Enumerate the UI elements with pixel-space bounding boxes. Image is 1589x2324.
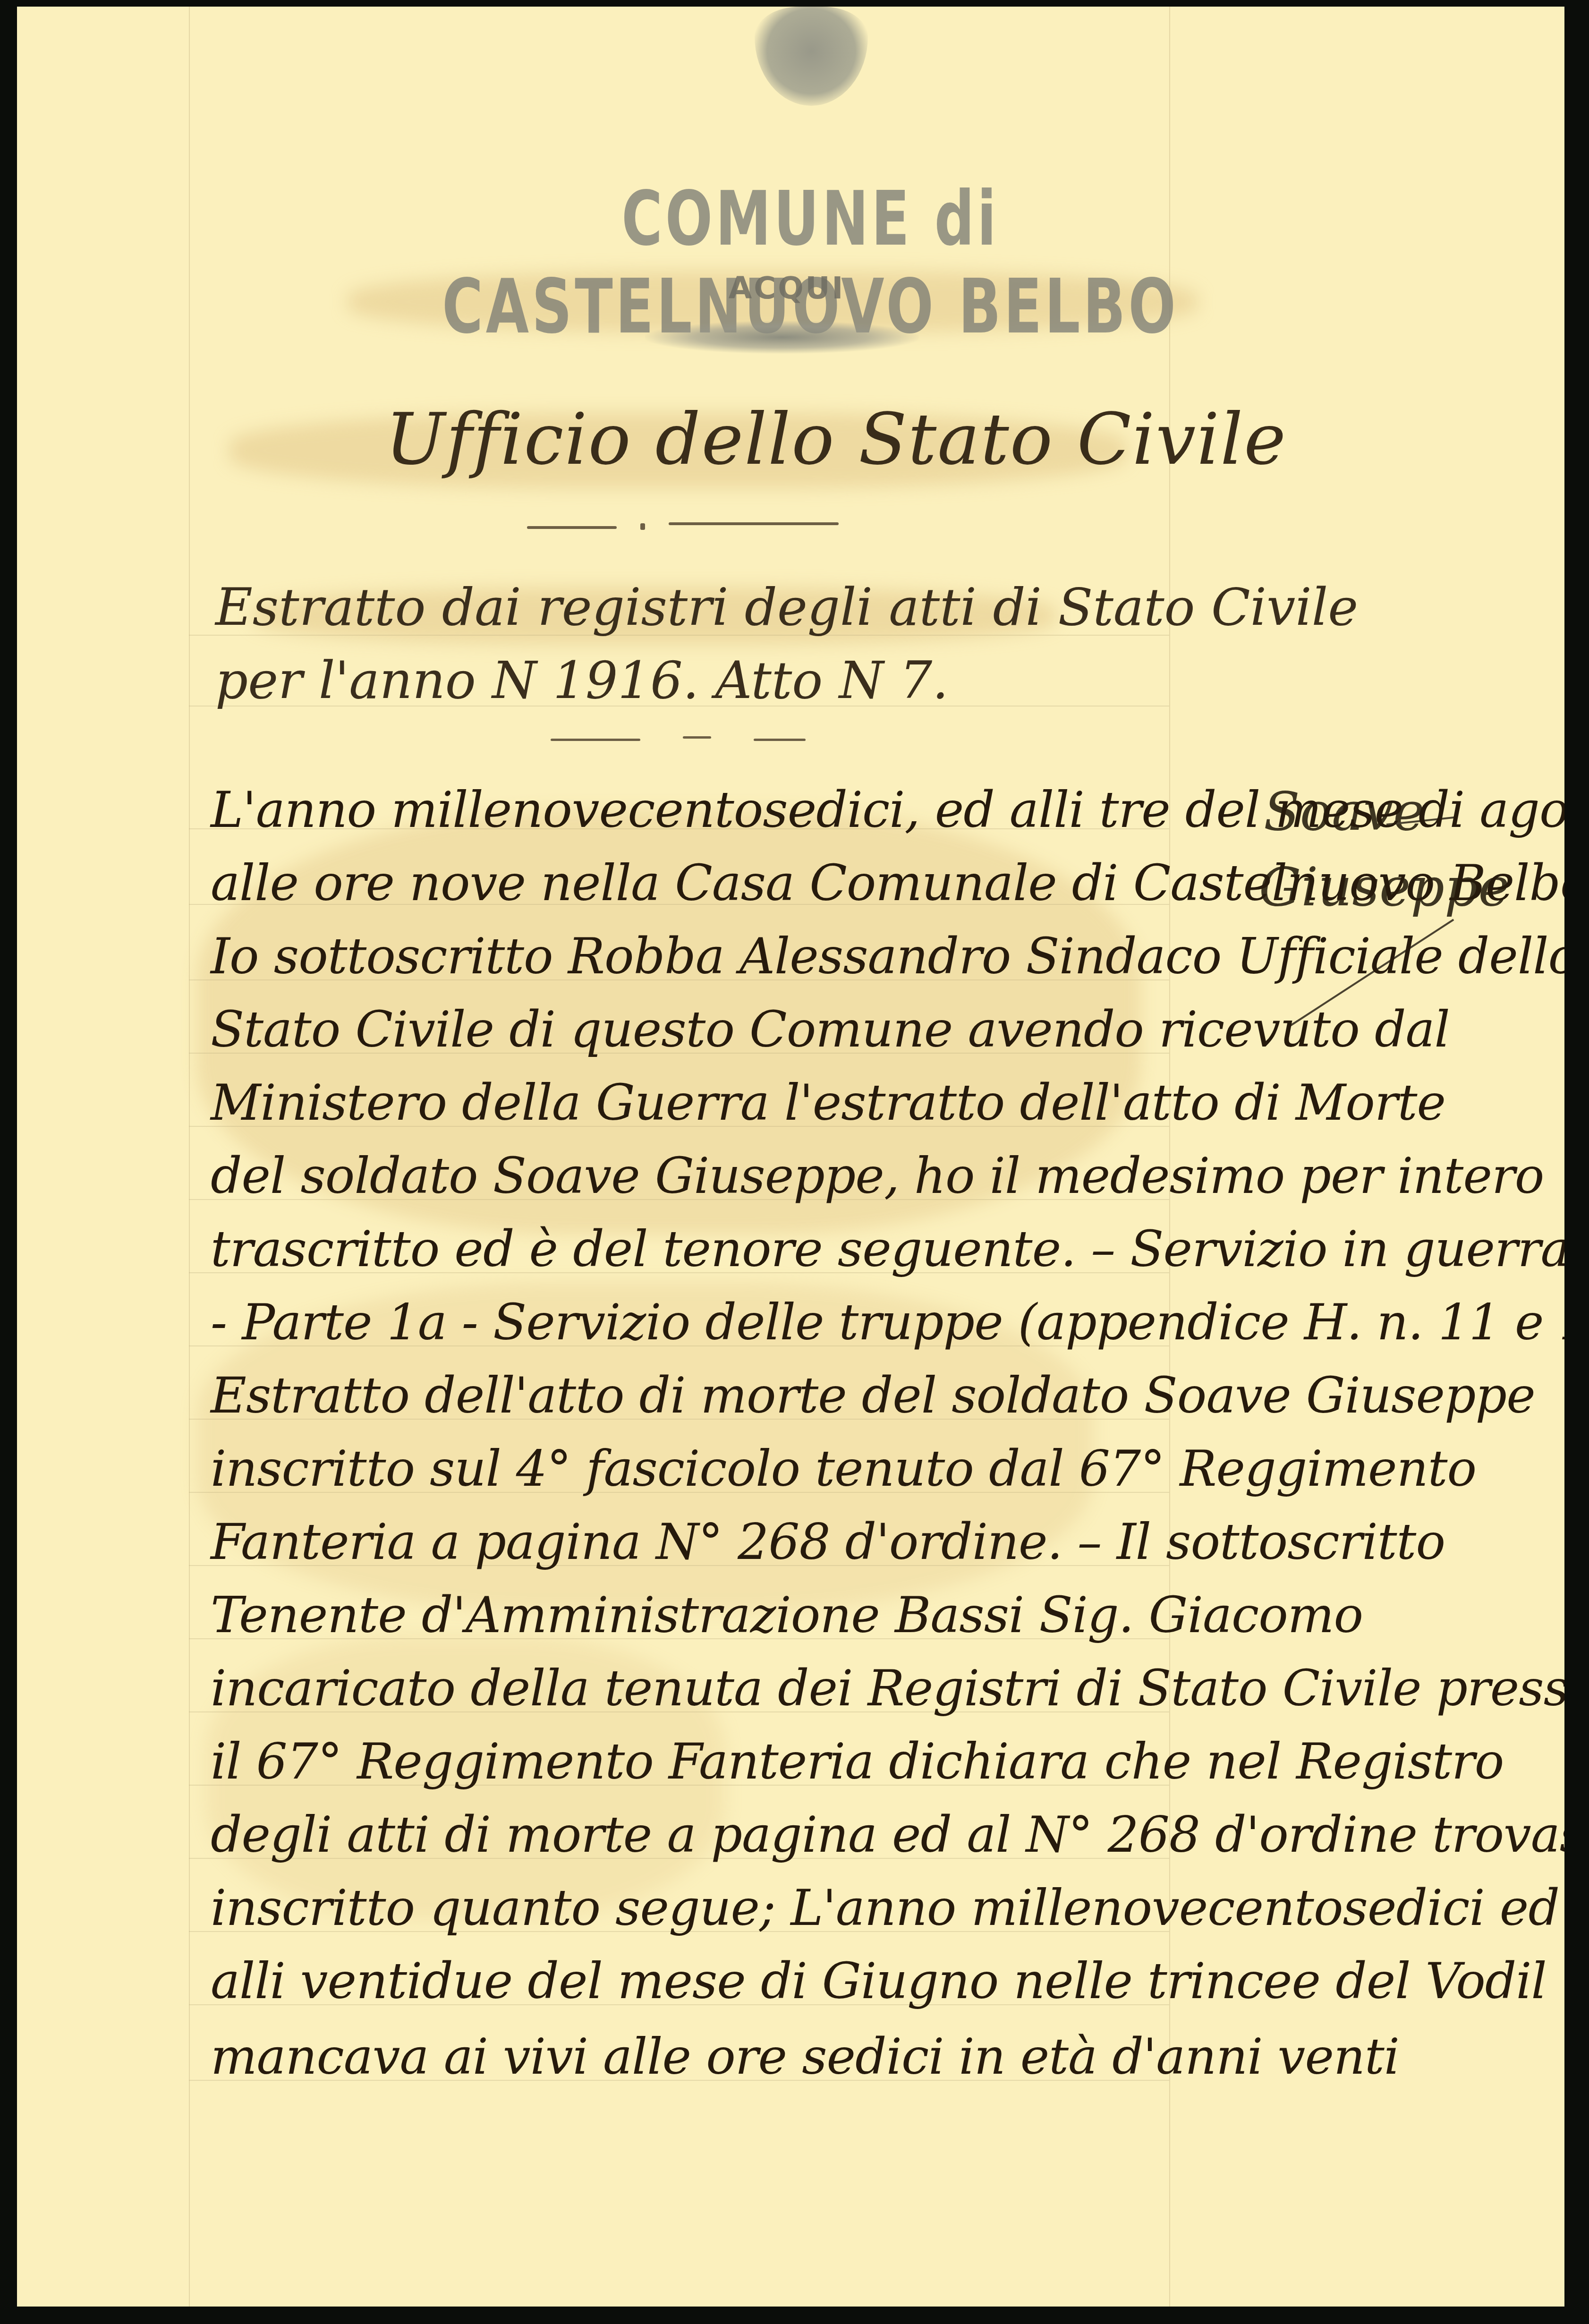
extract-header-line-2: per l'anno N 1916. Atto N 7. [215, 651, 949, 710]
body-line: Estratto dell'atto di morte del soldato … [211, 1367, 1535, 1424]
body-line: incaricato della tenuta dei Registri di … [211, 1660, 1564, 1717]
left-margin-line [189, 7, 190, 2307]
body-line: inscritto sul 4° fascicolo tenuto dal 67… [211, 1440, 1476, 1498]
document-page: COMUNE di CASTELNUOVO BELBO ACQUI Uffici… [17, 7, 1564, 2307]
header-separator [683, 736, 711, 739]
title-separator [527, 526, 617, 529]
body-line: alli ventidue del mese di Giugno nelle t… [211, 1952, 1547, 2010]
body-line: degli atti di morte a pagina ed al N° 26… [211, 1806, 1564, 1864]
title-separator [669, 522, 839, 525]
body-line: del soldato Soave Giuseppe, ho il medesi… [211, 1147, 1544, 1205]
body-line: Stato Civile di questo Comune avendo ric… [211, 1001, 1450, 1058]
extract-header-line-1: Estratto dai registri degli atti di Stat… [215, 578, 1358, 637]
body-line: inscritto quanto segue; L'anno millenove… [211, 1879, 1559, 1937]
body-line: alle ore nove nella Casa Comunale di Cas… [211, 854, 1564, 912]
body-line: Io sottoscritto Robba Alessandro Sindaco… [211, 928, 1564, 985]
body-line: L'anno millenovecentosedici, ed alli tre… [211, 781, 1564, 839]
coat-of-arms-seal-icon [755, 7, 868, 106]
office-title: Ufficio dello Stato Civile [385, 399, 1287, 481]
body-line: trascritto ed è del tenore seguente. – S… [211, 1220, 1564, 1278]
body-line: il 67° Reggimento Fanteria dichiara che … [211, 1733, 1504, 1790]
body-line: mancava ai vivi alle ore sedici in età d… [211, 2028, 1399, 2086]
body-line: Fanteria a pagina N° 268 d'ordine. – Il … [211, 1513, 1445, 1571]
body-line: - Parte 1a - Servizio delle truppe (appe… [211, 1294, 1564, 1351]
title-separator-dot [640, 523, 645, 530]
header-separator [551, 739, 640, 741]
body-line: Ministero della Guerra l'estratto dell'a… [211, 1074, 1445, 1132]
header-separator [754, 739, 806, 741]
stamp-ornament [645, 321, 919, 354]
district-stamp: ACQUI [692, 271, 881, 306]
body-line: Tenente d'Amministrazione Bassi Sig. Gia… [211, 1586, 1363, 1644]
